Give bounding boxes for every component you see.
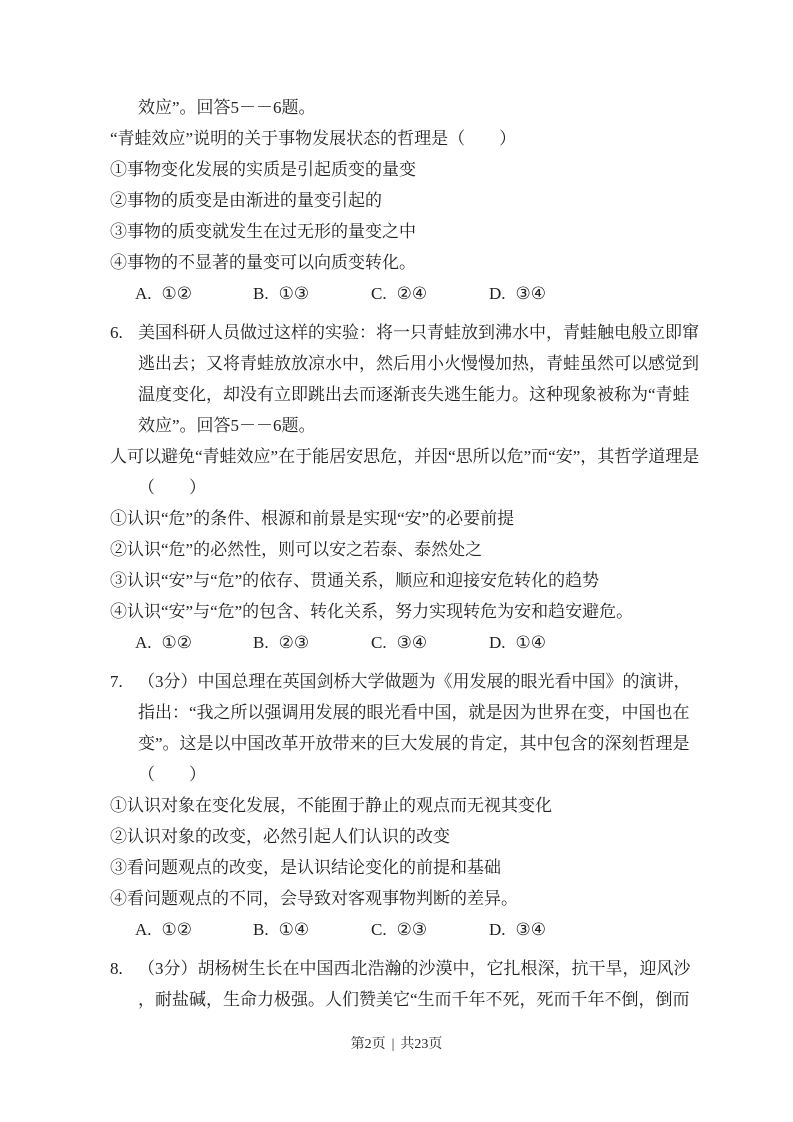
footer-separator: | bbox=[392, 1037, 395, 1052]
q5-item-1: ①事物变化发展的实质是引起质变的量变 bbox=[110, 154, 706, 185]
option-label: C. bbox=[371, 284, 387, 303]
q8-text: （3分）胡杨树生长在中国西北浩瀚的沙漠中，它扎根深，抗干旱，迎风沙 bbox=[138, 959, 691, 978]
option-label: C. bbox=[371, 633, 387, 652]
option-value: ①③ bbox=[279, 284, 309, 303]
q6-line-4: 效应”。回答5－－6题。 bbox=[110, 410, 706, 441]
q6-item-2: ②认识“危”的必然性，则可以安之若泰、泰然处之 bbox=[110, 534, 706, 565]
q7-option-b: B.①④ bbox=[253, 914, 371, 945]
q7-item-3: ③看问题观点的改变，是认识结论变化的前提和基础 bbox=[110, 852, 706, 883]
q5-option-d: D.③④ bbox=[489, 278, 546, 309]
question-8: 8.（3分）胡杨树生长在中国西北浩瀚的沙漠中，它扎根深，抗干旱，迎风沙 ，耐盐碱… bbox=[110, 953, 706, 1015]
exam-paper-page: 效应”。回答5－－6题。 “青蛙效应”说明的关于事物发展状态的哲理是（ ） ①事… bbox=[0, 0, 793, 1122]
q6-stem-line-2: （ ） bbox=[110, 472, 706, 503]
q5-option-a: A.①② bbox=[135, 278, 253, 309]
q7-line-1: 7.（3分）中国总理在英国剑桥大学做题为《用发展的眼光看中国》的演讲， bbox=[110, 666, 706, 697]
option-label: A. bbox=[135, 284, 152, 303]
q5-options-row: A.①②B.①③C.②④D.③④ bbox=[110, 278, 706, 309]
q7-option-a: A.①② bbox=[135, 914, 253, 945]
q6-option-a: A.①② bbox=[135, 627, 253, 658]
q6-option-b: B.②③ bbox=[253, 627, 371, 658]
q8-line-1: 8.（3分）胡杨树生长在中国西北浩瀚的沙漠中，它扎根深，抗干旱，迎风沙 bbox=[110, 953, 706, 984]
option-value: ①② bbox=[162, 284, 192, 303]
q6-option-d: D.①④ bbox=[489, 627, 546, 658]
option-value: ②④ bbox=[397, 284, 427, 303]
q7-item-1: ①认识对象在变化发展，不能囿于静止的观点而无视其变化 bbox=[110, 790, 706, 821]
footer-page-indicator: 第2页 bbox=[351, 1037, 386, 1052]
q6-number: 6. bbox=[110, 317, 138, 348]
q7-item-2: ②认识对象的改变，必然引起人们认识的改变 bbox=[110, 821, 706, 852]
option-label: D. bbox=[489, 920, 506, 939]
option-value: ③④ bbox=[516, 920, 546, 939]
option-label: B. bbox=[253, 284, 269, 303]
question-6: 6.美国科研人员做过这样的实验：将一只青蛙放到沸水中，青蛙触电般立即窜 逃出去；… bbox=[110, 317, 706, 658]
option-label: D. bbox=[489, 284, 506, 303]
q7-number: 7. bbox=[110, 666, 138, 697]
q5-stem: “青蛙效应”说明的关于事物发展状态的哲理是（ ） bbox=[110, 123, 706, 154]
q7-option-c: C.②③ bbox=[371, 914, 489, 945]
option-value: ①② bbox=[162, 920, 192, 939]
q5-item-2: ②事物的质变是由渐进的量变引起的 bbox=[110, 185, 706, 216]
q8-number: 8. bbox=[110, 953, 138, 984]
q7-item-4: ④看问题观点的不同，会导致对客观事物判断的差异。 bbox=[110, 883, 706, 914]
question-7: 7.（3分）中国总理在英国剑桥大学做题为《用发展的眼光看中国》的演讲， 指出：“… bbox=[110, 666, 706, 945]
q5-option-b: B.①③ bbox=[253, 278, 371, 309]
option-label: D. bbox=[489, 633, 506, 652]
q6-item-4: ④认识“安”与“危”的包含、转化关系，努力实现转危为安和趋安避危。 bbox=[110, 596, 706, 627]
q6-line-1: 6.美国科研人员做过这样的实验：将一只青蛙放到沸水中，青蛙触电般立即窜 bbox=[110, 317, 706, 348]
q6-item-3: ③认识“安”与“危”的依存、贯通关系，顺应和迎接安危转化的趋势 bbox=[110, 565, 706, 596]
option-label: A. bbox=[135, 920, 152, 939]
option-label: B. bbox=[253, 920, 269, 939]
q5-option-c: C.②④ bbox=[371, 278, 489, 309]
option-label: B. bbox=[253, 633, 269, 652]
footer-total-pages: 共23页 bbox=[400, 1037, 442, 1052]
option-value: ③④ bbox=[397, 633, 427, 652]
q6-item-1: ①认识“危”的条件、根源和前景是实现“安”的必要前提 bbox=[110, 503, 706, 534]
q7-text: （3分）中国总理在英国剑桥大学做题为《用发展的眼光看中国》的演讲， bbox=[138, 672, 691, 691]
q6-options-row: A.①②B.②③C.③④D.①④ bbox=[110, 627, 706, 658]
option-value: ②③ bbox=[397, 920, 427, 939]
q6-line-3: 温度变化，却没有立即跳出去而逐渐丧失逃生能力。这种现象被称为“青蛙 bbox=[110, 379, 706, 410]
q5-item-3: ③事物的质变就发生在过无形的量变之中 bbox=[110, 216, 706, 247]
q6-text: 美国科研人员做过这样的实验：将一只青蛙放到沸水中，青蛙触电般立即窜 bbox=[138, 323, 699, 342]
option-value: ①④ bbox=[279, 920, 309, 939]
page-content: 效应”。回答5－－6题。 “青蛙效应”说明的关于事物发展状态的哲理是（ ） ①事… bbox=[110, 92, 706, 1015]
q7-line-4: （ ） bbox=[110, 759, 706, 790]
q5-carryover-line: 效应”。回答5－－6题。 bbox=[110, 92, 706, 123]
option-value: ③④ bbox=[516, 284, 546, 303]
q7-line-2: 指出：“我之所以强调用发展的眼光看中国，就是因为世界在变，中国也在 bbox=[110, 697, 706, 728]
q7-options-row: A.①②B.①④C.②③D.③④ bbox=[110, 914, 706, 945]
option-label: A. bbox=[135, 633, 152, 652]
q5-item-4: ④事物的不显著的量变可以向质变转化。 bbox=[110, 247, 706, 278]
q6-option-c: C.③④ bbox=[371, 627, 489, 658]
q6-stem-line-1: 人可以避免“青蛙效应”在于能居安思危，并因“思所以危”而“安”，其哲学道理是 bbox=[110, 441, 706, 472]
q7-option-d: D.③④ bbox=[489, 914, 546, 945]
q6-line-2: 逃出去；又将青蛙放放凉水中，然后用小火慢慢加热，青蛙虽然可以感觉到 bbox=[110, 348, 706, 379]
option-value: ①② bbox=[162, 633, 192, 652]
option-label: C. bbox=[371, 920, 387, 939]
q8-line-2: ，耐盐碱，生命力极强。人们赞美它“生而千年不死，死而千年不倒，倒而 bbox=[110, 984, 706, 1015]
page-footer: 第2页|共23页 bbox=[0, 1036, 793, 1054]
q7-line-3: 变”。这是以中国改革开放带来的巨大发展的肯定，其中包含的深刻哲理是 bbox=[110, 728, 706, 759]
option-value: ①④ bbox=[516, 633, 546, 652]
option-value: ②③ bbox=[279, 633, 309, 652]
